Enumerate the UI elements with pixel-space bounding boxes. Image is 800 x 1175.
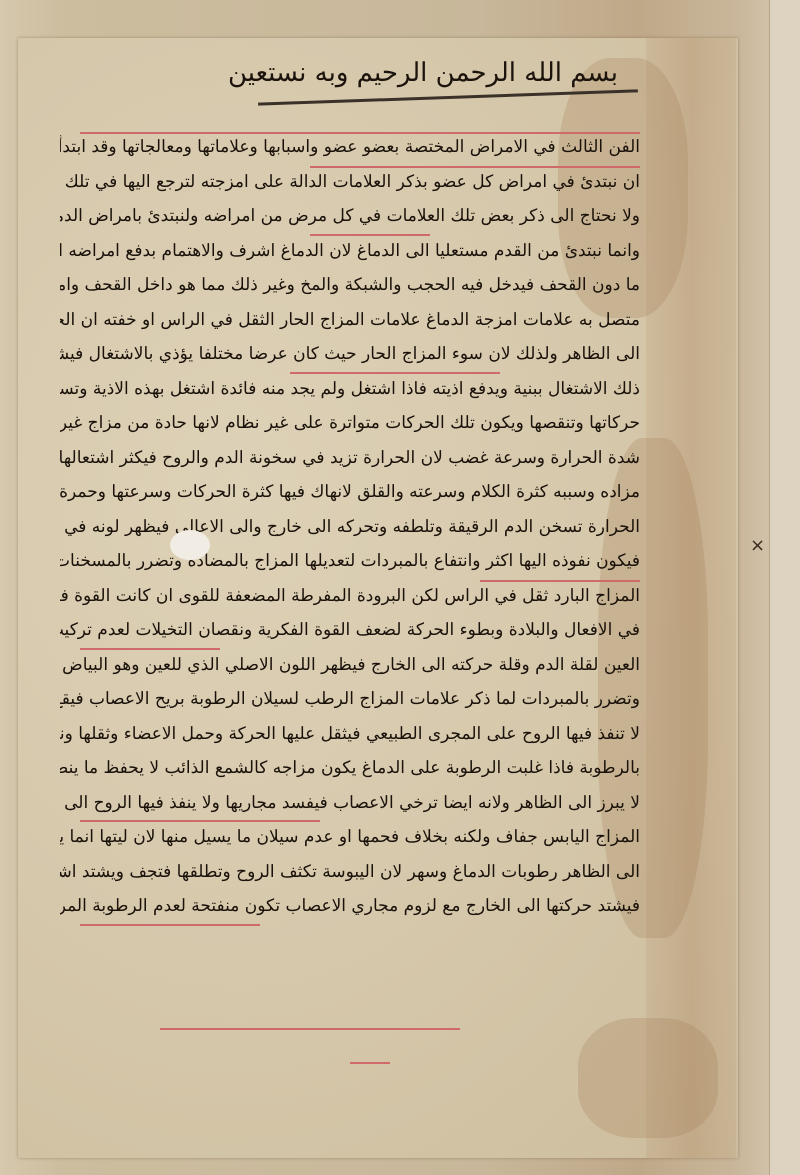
text-line: الى الظاهر رطوبات الدماغ وسهر لان اليبوس… xyxy=(60,855,640,890)
text-line: ولا نحتاج الى ذكر بعض تلك العلامات في كل… xyxy=(60,199,640,234)
text-line: حركاتها وتنقصها ويكون تلك الحركات متواتر… xyxy=(60,406,640,441)
text-line: المزاج البارد ثقل في الراس لكن البرودة ا… xyxy=(60,579,640,614)
text-line: وتضرر بالمبردات لما ذكر علامات المزاج ال… xyxy=(60,682,640,717)
text-block: الفن الثالث في الامراض المختصة بعضو عضو … xyxy=(60,130,640,924)
page-fold xyxy=(646,38,736,1158)
text-line: لا تنفذ فيها الروح على المجرى الطبيعي في… xyxy=(60,717,640,752)
text-line: شدة الحرارة وسرعة غضب لان الحرارة تزيد ف… xyxy=(60,441,640,476)
text-line: الى الظاهر ولذلك لان سوء المزاج الحار حي… xyxy=(60,337,640,372)
text-line: متصل به علامات امزجة الدماغ علامات المزا… xyxy=(60,303,640,338)
manuscript-page: بسم الله الرحمن الرحيم وبه نستعين الفن ا… xyxy=(18,38,738,1158)
paper-blot xyxy=(170,530,210,560)
rubric-line xyxy=(350,1062,390,1064)
text-line: العين لقلة الدم وقلة حركته الى الخارج في… xyxy=(60,648,640,683)
text-line: لا يبرز الى الظاهر ولانه ايضا ترخي الاعص… xyxy=(60,786,640,821)
text-line: ذلك الاشتغال ببنية ويدفع اذيته فاذا اشتغ… xyxy=(60,372,640,407)
text-line: فيشتد حركتها الى الخارج مع لزوم مجاري ال… xyxy=(60,889,640,924)
rubric-line xyxy=(160,1028,460,1030)
text-line: الفن الثالث في الامراض المختصة بعضو عضو … xyxy=(60,130,640,165)
text-line: في الافعال والبلادة وبطوء الحركة لضعف ال… xyxy=(60,613,640,648)
text-line: الحرارة تسخن الدم الرقيقة وتلطفه وتحركه … xyxy=(60,510,640,545)
text-line: المزاج اليابس جفاف ولكنه بخلاف فحمها او … xyxy=(60,820,640,855)
text-line: بالرطوبة فاذا غلبت الرطوبة على الدماغ يك… xyxy=(60,751,640,786)
basmala-heading: بسم الله الرحمن الرحيم وبه نستعين xyxy=(58,58,618,104)
text-line: ما دون القحف فيدخل فيه الحجب والشبكة وال… xyxy=(60,268,640,303)
right-edge-strip xyxy=(769,0,800,1175)
text-line: مزاده وسببه كثرة الكلام وسرعته والقلق لا… xyxy=(60,475,640,510)
text-line: وانما نبتدئ من القدم مستعليا الى الدماغ … xyxy=(60,234,640,269)
text-line: فيكون نفوذه اليها اكثر وانتفاع بالمبردات… xyxy=(60,544,640,579)
rubric-line xyxy=(80,924,260,926)
margin-mark: × xyxy=(750,535,765,556)
text-line: ان نبتدئ في امراض كل عضو بذكر العلامات ا… xyxy=(60,165,640,200)
